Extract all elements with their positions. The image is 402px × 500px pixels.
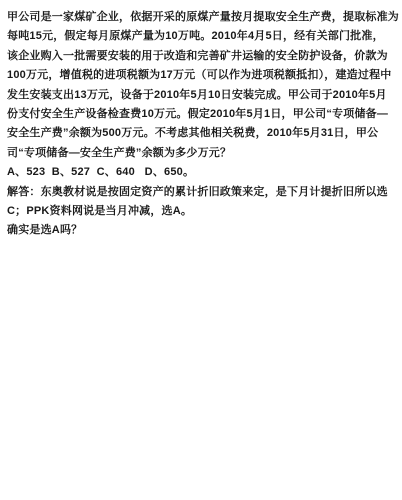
text-line: 安全生产费”余额为500万元。不考虑其他相关税费，2010年5月31日，甲公 bbox=[7, 124, 398, 143]
text-line: 每吨15元，假定每月原煤产量为10万吨。2010年4月5日，经有关部门批准， bbox=[7, 27, 398, 46]
explanation-text: 解答：东奥教材说是按固定资产的累计折旧政策来定，是下月计提折旧所以选C；PPK资… bbox=[7, 183, 398, 222]
followup-question-line: 确实是选A吗？ bbox=[7, 221, 398, 240]
question-document: 甲公司是一家煤矿企业，依据开采的原煤产量按月提取安全生产费，提取标准为每吨15元… bbox=[0, 0, 402, 241]
text-line: 解答：东奥教材说是按固定资产的累计折旧政策来定，是下月计提折旧所以选 bbox=[7, 183, 398, 202]
answer-options-line: A、523 B、527 C、640 D、650。 bbox=[7, 163, 398, 182]
text-line: 100万元，增值税的进项税额为17万元（可以作为进项税额抵扣），建造过程中 bbox=[7, 66, 398, 85]
text-line: 该企业购入一批需要安装的用于改造和完善矿井运输的安全防护设备，价款为 bbox=[7, 47, 398, 66]
question-text: 甲公司是一家煤矿企业，依据开采的原煤产量按月提取安全生产费，提取标准为每吨15元… bbox=[7, 8, 398, 163]
text-line: 甲公司是一家煤矿企业，依据开采的原煤产量按月提取安全生产费，提取标准为 bbox=[7, 8, 398, 27]
text-line: 司“专项储备—安全生产费”余额为多少万元？ bbox=[7, 144, 398, 163]
text-line: C；PPK资料网说是当月冲减，选A。 bbox=[7, 202, 398, 221]
text-line: 份支付安全生产设备检查费10万元。假定2010年5月1日，甲公司“专项储备— bbox=[7, 105, 398, 124]
text-line: 发生安装支出13万元，设备于2010年5月10日安装完成。甲公司于2010年5月 bbox=[7, 86, 398, 105]
